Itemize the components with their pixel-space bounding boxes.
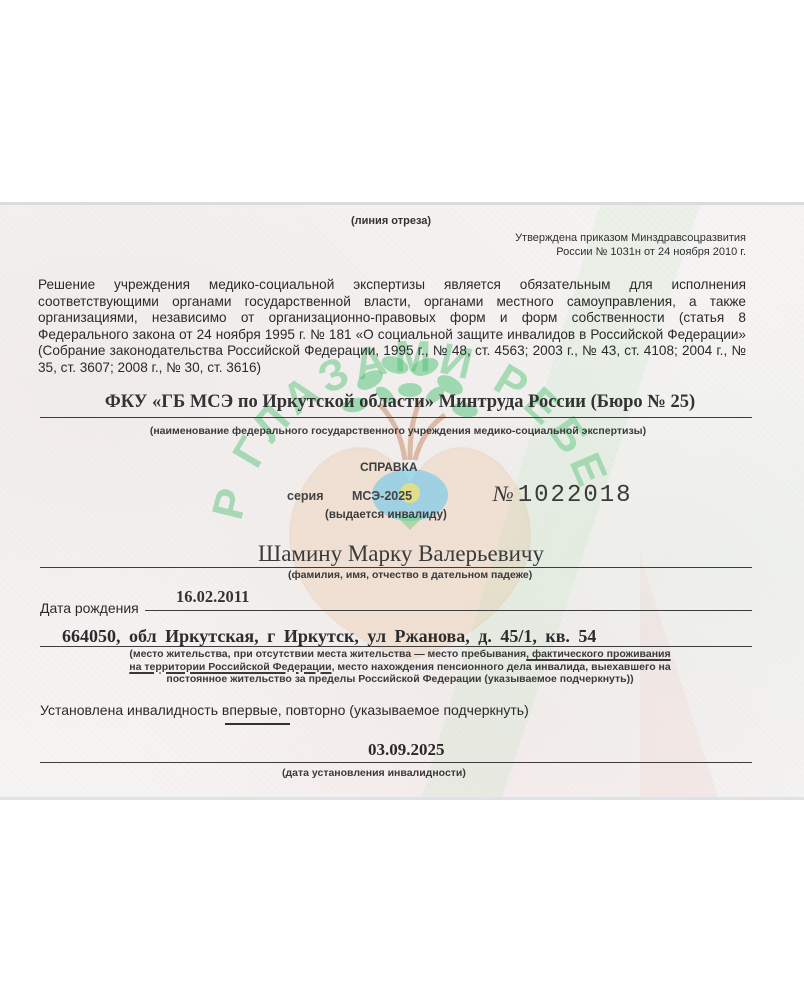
disability-option-separator: , <box>278 702 286 718</box>
approval-note: Утверждена приказом Минздравсоцразвития … <box>515 231 746 259</box>
organization-name: ФКУ «ГБ МСЭ по Иркутской области» Минтру… <box>40 392 760 413</box>
cut-line-label: (линия отреза) <box>351 215 431 227</box>
approval-note-line1: Утверждена приказом Минздравсоцразвития <box>515 231 746 245</box>
issued-to-caption: (выдается инвалиду) <box>325 509 447 521</box>
certificate-number: №1022018 <box>493 481 633 509</box>
address-rule <box>40 646 752 647</box>
disability-option-first: впервые <box>222 702 278 718</box>
disability-date-value: 03.09.2025 <box>368 740 445 760</box>
recipient-rule <box>40 567 752 568</box>
series-label: серия <box>287 489 324 503</box>
certificate-title: СПРАВКА <box>360 460 418 474</box>
address-caption-underlined-1: , фактического проживания <box>526 648 670 660</box>
address-caption-part1: (место жительства, при отсутствии места … <box>129 648 526 660</box>
disability-certificate-sheet: МИР ГЛАЗАМИ РЕБЕНКА (линия отреза) Утвер… <box>0 202 804 800</box>
disability-established-line: Установлена инвалидность впервые, повтор… <box>40 702 529 718</box>
number-sign: № <box>493 481 514 506</box>
birth-date-value: 16.02.2011 <box>176 587 249 607</box>
address-caption-underlined-2: на территории Российской Федерации <box>129 661 331 673</box>
approval-note-line2: России № 1031н от 24 ноября 2010 г. <box>515 245 746 259</box>
selected-option-underline <box>225 723 290 725</box>
certificate-number-value: 1022018 <box>518 482 633 509</box>
birth-date-label: Дата рождения <box>40 600 139 616</box>
disability-option-repeat: повторно <box>286 702 346 718</box>
recipient-caption: (фамилия, имя, отчество в дательном паде… <box>288 569 532 581</box>
address-caption-part5: постоянное жительство за пределы Российс… <box>40 673 760 686</box>
recipient-name: Шамину Марку Валерьевичу <box>258 541 544 567</box>
organization-rule <box>40 417 752 418</box>
address-caption-part4: , место нахождения пенсионного дела инва… <box>332 661 671 673</box>
disability-suffix: (указываемое подчеркнуть) <box>345 702 528 718</box>
address-caption: (место жительства, при отсутствии места … <box>40 648 760 686</box>
address-value: 664050, обл Иркутская, г Иркутск, ул Ржа… <box>62 626 596 647</box>
disability-date-caption: (дата установления инвалидности) <box>282 767 466 779</box>
series-value: МСЭ-2025 <box>352 489 412 503</box>
disability-prefix: Установлена инвалидность <box>40 702 222 718</box>
organization-caption: (наименование федерального государственн… <box>96 425 700 437</box>
legal-preamble: Решение учреждения медико-социальной экс… <box>38 277 746 377</box>
disability-date-rule <box>40 762 752 763</box>
birth-date-rule <box>145 610 752 611</box>
